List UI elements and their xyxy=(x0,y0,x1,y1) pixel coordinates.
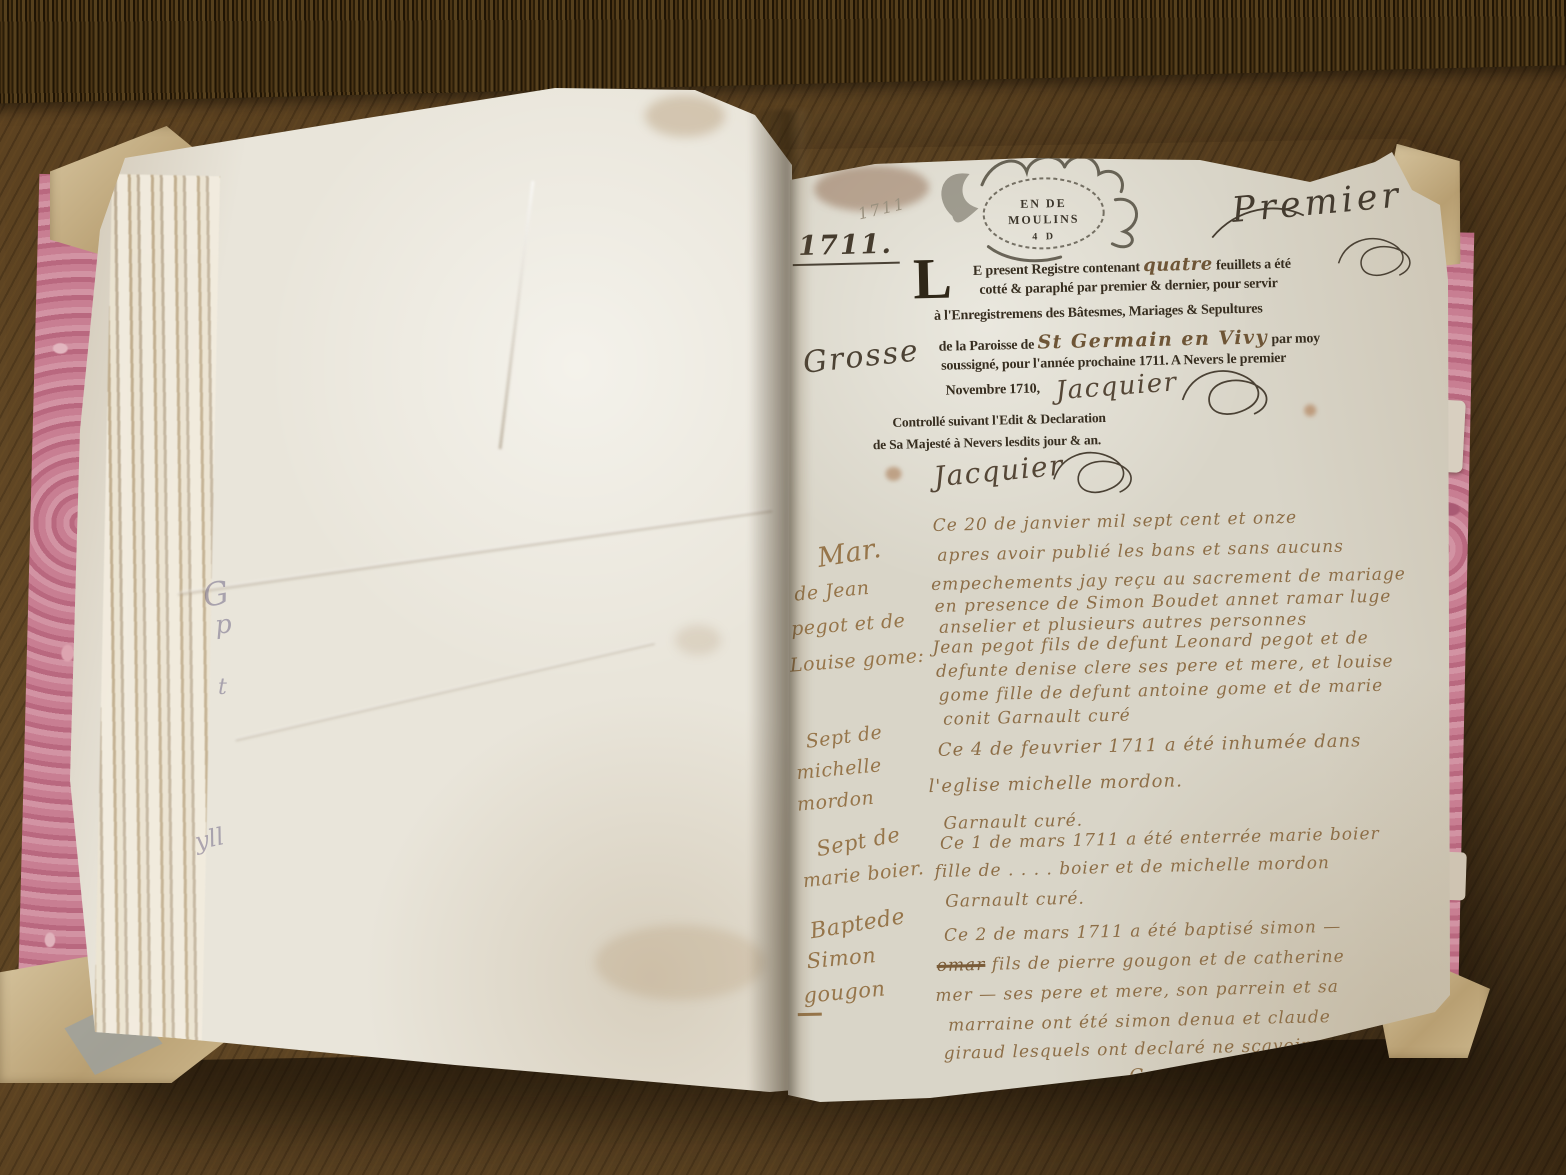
page-crease xyxy=(235,642,655,742)
paper-stain xyxy=(675,625,721,655)
paper-stain xyxy=(645,95,725,137)
entry2-body-line: Ce 4 de feuvrier 1711 a été inhumée dans xyxy=(938,730,1362,761)
control-note-line-1: Controllé suivant l'Edit & Declaration xyxy=(892,410,1106,431)
entry4-body-line: marraine ont été simon denua et claude xyxy=(948,1007,1331,1036)
printed-line1-start: E present Registre contenant xyxy=(973,260,1140,279)
printed-line-3: à l'Enregistremens des Bâtesmes, Mariage… xyxy=(934,301,1263,324)
entry3-body-line: Garnault curé. xyxy=(945,889,1085,912)
moulins-generality-stamp: EN DE MOULINS 4 D xyxy=(926,147,1167,272)
entry4-body-line2-text: fils de pierre gougon et de catherine xyxy=(992,947,1345,975)
paper-stain xyxy=(1304,404,1316,416)
signature-paraph-2 xyxy=(1047,443,1140,499)
printed-line4-end: par moy xyxy=(1271,331,1320,347)
paper-stain xyxy=(885,467,901,481)
page-crease xyxy=(178,508,773,595)
entry2-body-line: l'eglise michelle mordon. xyxy=(928,770,1183,797)
handwritten-quatre: quatre xyxy=(1143,254,1213,277)
entry1-body-line: apres avoir publié les bans et sans aucu… xyxy=(937,537,1344,566)
book-gutter-shadow xyxy=(748,110,812,1100)
jacquier-signature-2: Jacquier xyxy=(932,449,1065,494)
stamp-text-line3: 4 D xyxy=(1032,231,1056,243)
left-page-blank: G p t yll xyxy=(55,80,800,1100)
right-page-register: 1711 1711. EN DE MOULINS 4 D Premier L xyxy=(780,150,1470,1110)
printed-dropcap: L xyxy=(913,255,953,302)
printed-line4-start: de la Paroisse de xyxy=(939,338,1035,355)
page-crease xyxy=(499,181,535,449)
ink-ghost-mark: p xyxy=(213,609,233,641)
entry1-body-line: conit Garnault curé xyxy=(943,706,1131,730)
printed-line1-end: feuillets a été xyxy=(1216,257,1291,274)
entry4-body-line: mer — ses pere et mere, son parrein et s… xyxy=(935,977,1339,1006)
torn-page-edges-stack xyxy=(94,174,220,1046)
paper-stain xyxy=(595,925,765,1000)
struck-out-word: omar xyxy=(936,955,985,976)
signature-paraph-1 xyxy=(1175,362,1276,420)
jacquier-signature-1: Jacquier xyxy=(1055,367,1179,406)
stamp-text-line2: MOULINS xyxy=(1008,212,1080,228)
entry4-margin-line: Simon xyxy=(806,943,878,973)
entry1-body-line: Ce 20 de janvier mil sept cent et onze xyxy=(933,508,1298,536)
entry3-margin-line: marie boier. xyxy=(802,857,925,892)
premier-inscription: Premier xyxy=(1230,175,1404,231)
printed-line-6: Novembre 1710, xyxy=(946,382,1040,400)
entry4-body-line: omar fils de pierre gougon et de catheri… xyxy=(936,947,1344,976)
entry1-margin-line: Mar. xyxy=(815,533,883,574)
premier-paraph-flourish xyxy=(1332,231,1418,281)
entry2-margin-line: Sept de xyxy=(804,721,883,753)
printed-line-2: cotté & paraphé par premier & dernier, p… xyxy=(979,276,1278,299)
ink-ghost-mark: t xyxy=(218,675,227,700)
stamp-text-line1: EN DE xyxy=(1020,196,1067,211)
entry3-body-line: fille de . . . . boier et de michelle mo… xyxy=(934,853,1330,882)
grosse-note: Grosse xyxy=(801,333,921,381)
handwritten-parish-name: St Germain en Vivy xyxy=(1037,326,1268,353)
entry4-body-line: Ce 2 de mars 1711 a été baptisé simon — xyxy=(944,917,1342,946)
entry4-margin-line: gougon xyxy=(802,976,886,1007)
entry3-margin-line: Sept de xyxy=(814,822,902,861)
ink-ghost-mark: yll xyxy=(192,822,226,855)
entry4-margin-line: Baptede xyxy=(808,904,907,944)
photo-of-open-register: G p t yll 1711 1711. EN DE MOULINS 4 D xyxy=(0,0,1566,1175)
right-page-content: 1711 1711. EN DE MOULINS 4 D Premier L xyxy=(778,136,1490,1111)
